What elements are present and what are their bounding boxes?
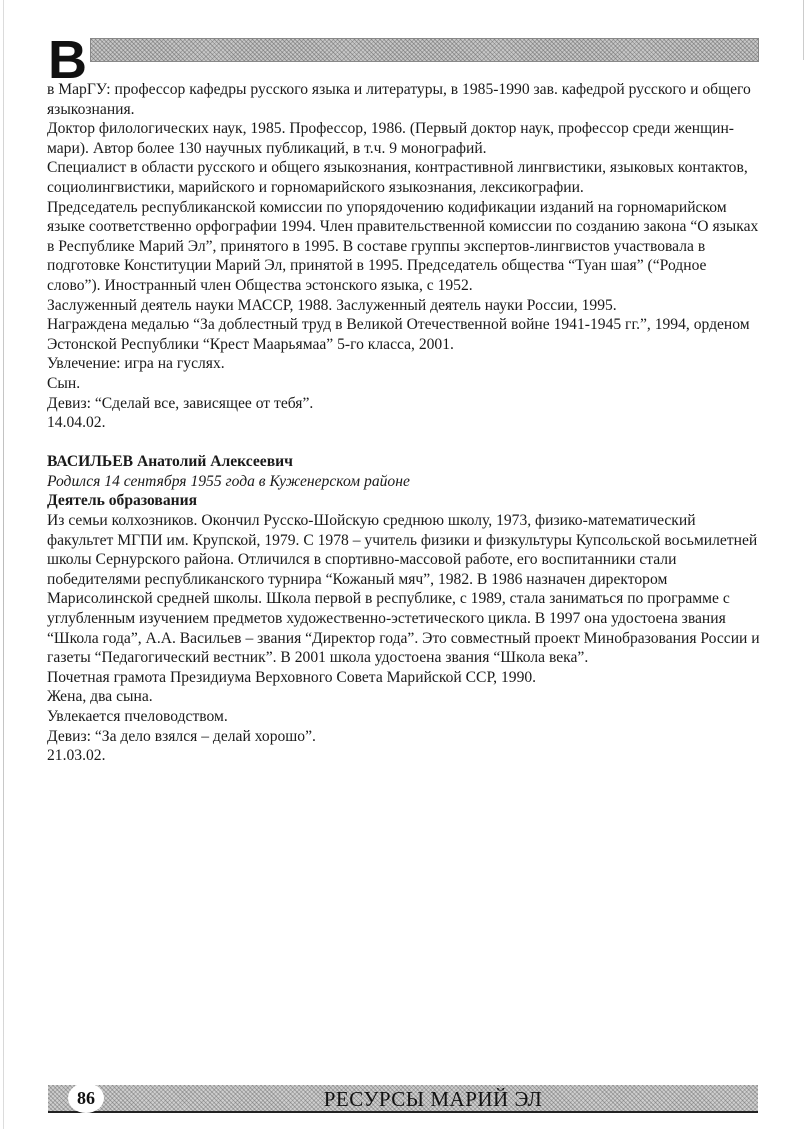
entry-paragraph: Из семьи колхозников. Окончил Русско-Шой… [47, 511, 762, 668]
scan-edge-left [3, 0, 4, 1129]
entry-paragraph: Жена, два сына. [47, 687, 762, 707]
entry-paragraph: Сын. [47, 374, 762, 394]
page-footer: 86 РЕСУРСЫ МАРИЙ ЭЛ [48, 1085, 758, 1113]
section-letter: В [48, 38, 87, 82]
entry-paragraph: Девиз: “За дело взялся – делай хорошо”. [47, 727, 762, 747]
header-hatched-bar [90, 38, 759, 62]
page-content: в МарГУ: профессор кафедры русского язык… [47, 80, 762, 766]
entry-surname: ВАСИЛЬЕВ [47, 453, 133, 470]
entry-date: 14.04.02. [47, 413, 762, 433]
scan-edge-right [803, 0, 804, 60]
entry-vasiliev: ВАСИЛЬЕВ Анатолий Алексеевич Родился 14 … [47, 452, 762, 766]
publication-title: РЕСУРСЫ МАРИЙ ЭЛ [48, 1086, 758, 1112]
entry-paragraph: Награждена медалью “За доблестный труд в… [47, 315, 762, 354]
entry-paragraph: Девиз: “Сделай все, зависящее от тебя”. [47, 394, 762, 414]
entry-name: ВАСИЛЬЕВ Анатолий Алексеевич [47, 452, 762, 472]
entry-birth: Родился 14 сентября 1955 года в Куженерс… [47, 472, 762, 492]
section-header: В [48, 38, 760, 78]
entry-paragraph: Специалист в области русского и общего я… [47, 158, 762, 197]
entry-paragraph: в МарГУ: профессор кафедры русского язык… [47, 80, 762, 119]
entry-paragraph: Увлечение: игра на гуслях. [47, 354, 762, 374]
entry-given-names: Анатолий Алексеевич [137, 453, 293, 470]
entry-date: 21.03.02. [47, 746, 762, 766]
entry-paragraph: Председатель республиканской комиссии по… [47, 198, 762, 296]
entry-paragraph: Почетная грамота Президиума Верховного С… [47, 668, 762, 688]
entry-paragraph: Заслуженный деятель науки МАССР, 1988. З… [47, 296, 762, 316]
entry-profession: Деятель образования [47, 491, 762, 511]
entry-paragraph: Доктор филологических наук, 1985. Профес… [47, 119, 762, 158]
entry-previous: в МарГУ: профессор кафедры русского язык… [47, 80, 762, 433]
entry-paragraph: Увлекается пчеловодством. [47, 707, 762, 727]
